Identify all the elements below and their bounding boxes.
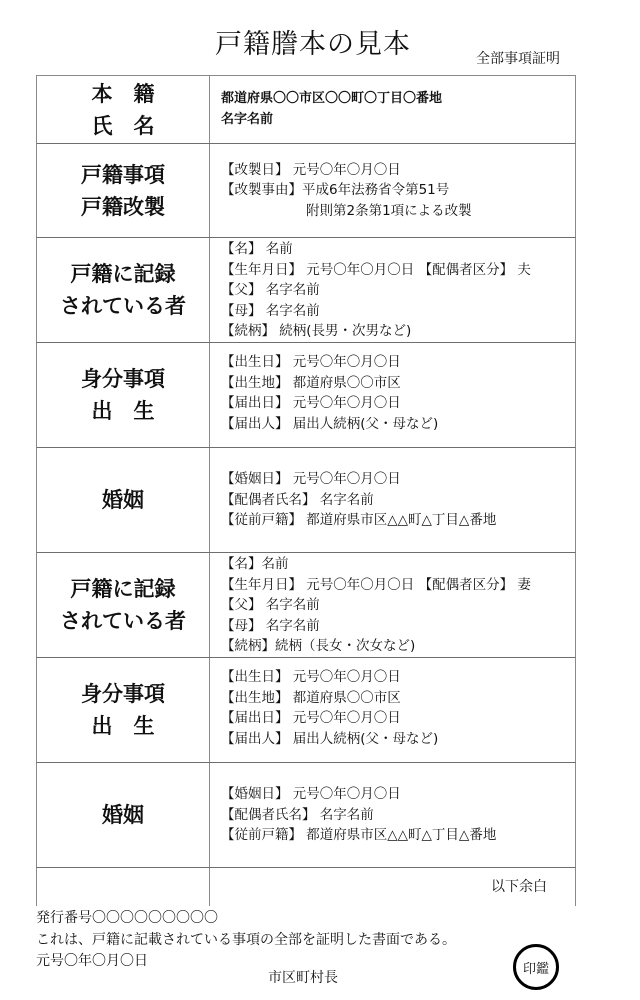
content-line: 【父】 名字名前 xyxy=(221,595,575,616)
label-line: されている者 xyxy=(60,605,186,637)
content-line: 【出生日】 元号〇年〇月〇日 xyxy=(221,667,575,688)
label-line: 身分事項 xyxy=(81,363,165,395)
document-subtitle: 全部事項証明 xyxy=(476,48,560,68)
row-content: 【名】 名前 【生年月日】 元号〇年〇月〇日 【配偶者区分】 夫 【父】 名字名… xyxy=(210,238,575,342)
label-line: 戸籍に記録 xyxy=(71,258,176,290)
label-line: 婚姻 xyxy=(102,484,144,516)
content-line: 【婚姻日】 元号〇年〇月〇日 xyxy=(221,784,575,805)
seal-label: 印鑑 xyxy=(523,958,549,977)
content-line: 【配偶者氏名】 名字名前 xyxy=(221,490,575,511)
register-table: 本 籍 氏 名 都道府県〇〇市区〇〇町〇丁目〇番地 名字名前 戸籍事項 戸籍改製… xyxy=(36,75,576,906)
label-line: 出 生 xyxy=(92,710,155,742)
row-label: 身分事項 出 生 xyxy=(37,343,210,447)
row-label: 婚姻 xyxy=(37,448,210,552)
content-line: 【配偶者氏名】 名字名前 xyxy=(221,805,575,826)
row-koseki-jiko: 戸籍事項 戸籍改製 【改製日】 元号〇年〇月〇日 【改製事由】平成6年法務省令第… xyxy=(36,144,576,238)
content-line: 【名】名前 xyxy=(221,554,575,575)
issue-date: 元号〇年〇月〇日 xyxy=(36,950,148,970)
row-label: 身分事項 出 生 xyxy=(37,658,210,762)
content-line: 都道府県〇〇市区〇〇町〇丁目〇番地 xyxy=(221,89,575,110)
content-line: 附則第2条第1項による改製 xyxy=(221,201,575,222)
row-content: 【改製日】 元号〇年〇月〇日 【改製事由】平成6年法務省令第51号 附則第2条第… xyxy=(210,144,575,237)
row-content: 【名】名前 【生年月日】 元号〇年〇月〇日 【配偶者区分】 妻 【父】 名字名前… xyxy=(210,553,575,657)
content-line: 【母】 名字名前 xyxy=(221,301,575,322)
label-line: 身分事項 xyxy=(81,678,165,710)
seal-stamp-icon: 印鑑 xyxy=(513,944,559,990)
row-blank-remainder: 以下余白 xyxy=(36,868,576,906)
label-line: 戸籍事項 xyxy=(81,159,165,191)
content-line: 【母】 名字名前 xyxy=(221,616,575,637)
row-birth-wife: 身分事項 出 生 【出生日】 元号〇年〇月〇日 【出生地】 都道府県〇〇市区 【… xyxy=(36,658,576,763)
certification-text: これは、戸籍に記載されている事項の全部を証明した書面である。 xyxy=(36,929,456,949)
label-line: 出 生 xyxy=(92,395,155,427)
content-line: 【出生日】 元号〇年〇月〇日 xyxy=(221,352,575,373)
content-line: 【届出人】 届出人続柄(父・母など) xyxy=(221,729,575,750)
content-line: 【届出日】 元号〇年〇月〇日 xyxy=(221,393,575,414)
content-line: 【届出人】 届出人続柄(父・母など) xyxy=(221,414,575,435)
content-line: 【婚姻日】 元号〇年〇月〇日 xyxy=(221,469,575,490)
content-line: 【従前戸籍】 都道府県市区△△町△丁目△番地 xyxy=(221,510,575,531)
content-line: 【従前戸籍】 都道府県市区△△町△丁目△番地 xyxy=(221,825,575,846)
content-line: 名字名前 xyxy=(221,110,575,131)
content-line: 【父】 名字名前 xyxy=(221,280,575,301)
remainder-blank-text: 以下余白 xyxy=(221,877,547,898)
row-birth-husband: 身分事項 出 生 【出生日】 元号〇年〇月〇日 【出生地】 都道府県〇〇市区 【… xyxy=(36,343,576,448)
content-line: 【生年月日】 元号〇年〇月〇日 【配偶者区分】 夫 xyxy=(221,260,575,281)
row-content: 都道府県〇〇市区〇〇町〇丁目〇番地 名字名前 xyxy=(210,76,575,143)
row-content: 【婚姻日】 元号〇年〇月〇日 【配偶者氏名】 名字名前 【従前戸籍】 都道府県市… xyxy=(210,763,575,867)
row-person-husband: 戸籍に記録 されている者 【名】 名前 【生年月日】 元号〇年〇月〇日 【配偶者… xyxy=(36,238,576,343)
mayor-title: 市区町村長 xyxy=(268,967,338,987)
label-line: 本 籍 xyxy=(92,78,155,110)
row-marriage-wife: 婚姻 【婚姻日】 元号〇年〇月〇日 【配偶者氏名】 名字名前 【従前戸籍】 都道… xyxy=(36,763,576,868)
content-line: 【出生地】 都道府県〇〇市区 xyxy=(221,373,575,394)
row-label: 戸籍に記録 されている者 xyxy=(37,553,210,657)
row-label-empty xyxy=(37,868,210,906)
row-label: 戸籍に記録 されている者 xyxy=(37,238,210,342)
content-line: 【生年月日】 元号〇年〇月〇日 【配偶者区分】 妻 xyxy=(221,575,575,596)
content-line: 【出生地】 都道府県〇〇市区 xyxy=(221,688,575,709)
row-person-wife: 戸籍に記録 されている者 【名】名前 【生年月日】 元号〇年〇月〇日 【配偶者区… xyxy=(36,553,576,658)
label-line: されている者 xyxy=(60,290,186,322)
issue-number: 発行番号〇〇〇〇〇〇〇〇〇 xyxy=(36,907,218,927)
content-line: 【続柄】続柄（長女・次女など) xyxy=(221,636,575,657)
row-label: 戸籍事項 戸籍改製 xyxy=(37,144,210,237)
content-line: 【改製事由】平成6年法務省令第51号 xyxy=(221,180,575,201)
content-line: 【名】 名前 xyxy=(221,239,575,260)
row-content: 以下余白 xyxy=(210,868,575,906)
content-line: 【届出日】 元号〇年〇月〇日 xyxy=(221,708,575,729)
row-content: 【婚姻日】 元号〇年〇月〇日 【配偶者氏名】 名字名前 【従前戸籍】 都道府県市… xyxy=(210,448,575,552)
row-label: 婚姻 xyxy=(37,763,210,867)
row-marriage-husband: 婚姻 【婚姻日】 元号〇年〇月〇日 【配偶者氏名】 名字名前 【従前戸籍】 都道… xyxy=(36,448,576,553)
label-line: 戸籍改製 xyxy=(81,191,165,223)
label-line: 戸籍に記録 xyxy=(71,573,176,605)
content-line: 【改製日】 元号〇年〇月〇日 xyxy=(221,160,575,181)
row-content: 【出生日】 元号〇年〇月〇日 【出生地】 都道府県〇〇市区 【届出日】 元号〇年… xyxy=(210,658,575,762)
row-label: 本 籍 氏 名 xyxy=(37,76,210,143)
row-content: 【出生日】 元号〇年〇月〇日 【出生地】 都道府県〇〇市区 【届出日】 元号〇年… xyxy=(210,343,575,447)
content-line: 【続柄】 続柄(長男・次男など) xyxy=(221,321,575,342)
row-honseki-shimei: 本 籍 氏 名 都道府県〇〇市区〇〇町〇丁目〇番地 名字名前 xyxy=(36,76,576,144)
label-line: 婚姻 xyxy=(102,799,144,831)
label-line: 氏 名 xyxy=(92,110,155,142)
